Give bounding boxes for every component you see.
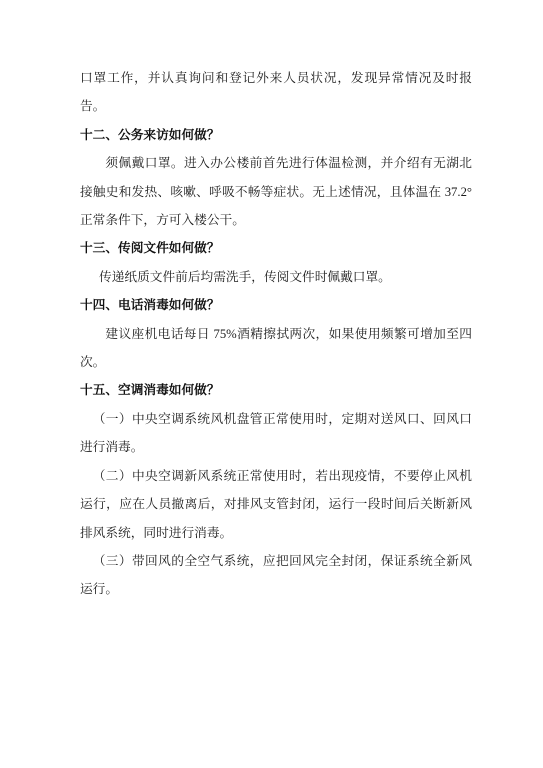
paragraph-section-12-body: 须佩戴口罩。进入办公楼前首先进行体温检测，并介绍有无湖北接触史和发热、咳嗽、呼吸… <box>80 149 472 234</box>
heading-section-15-air-conditioning-disinfection: 十五、空调消毒如何做？ <box>80 376 472 404</box>
heading-section-14-telephone-disinfection: 十四、电话消毒如何做？ <box>80 291 472 319</box>
document-text-block: 口罩工作，并认真询问和登记外来人员状况，发现异常情况及时报告。 十二、公务来访如… <box>80 64 472 604</box>
paragraph-section-14-body: 建议座机电话每日 75%酒精擦拭两次，如果使用频繁可增加至四次。 <box>80 320 472 377</box>
paragraph-continuation-mask-duty: 口罩工作，并认真询问和登记外来人员状况，发现异常情况及时报告。 <box>80 64 472 121</box>
heading-section-12-official-visits: 十二、公务来访如何做？ <box>80 121 472 149</box>
paragraph-section-15-item-1: （一）中央空调系统风机盘管正常使用时，定期对送风口、回风口进行消毒。 <box>80 405 472 462</box>
paragraph-section-13-body: 传递纸质文件前后均需洗手，传阅文件时佩戴口罩。 <box>80 263 472 291</box>
paragraph-section-15-item-2: （二）中央空调新风系统正常使用时，若出现疫情，不要停止风机运行，应在人员撤离后，… <box>80 462 472 547</box>
document-page: 口罩工作，并认真询问和登记外来人员状况，发现异常情况及时报告。 十二、公务来访如… <box>0 0 543 768</box>
paragraph-section-15-item-3: （三）带回风的全空气系统，应把回风完全封闭，保证系统全新风运行。 <box>80 547 472 604</box>
heading-section-13-circulating-documents: 十三、传阅文件如何做？ <box>80 234 472 262</box>
